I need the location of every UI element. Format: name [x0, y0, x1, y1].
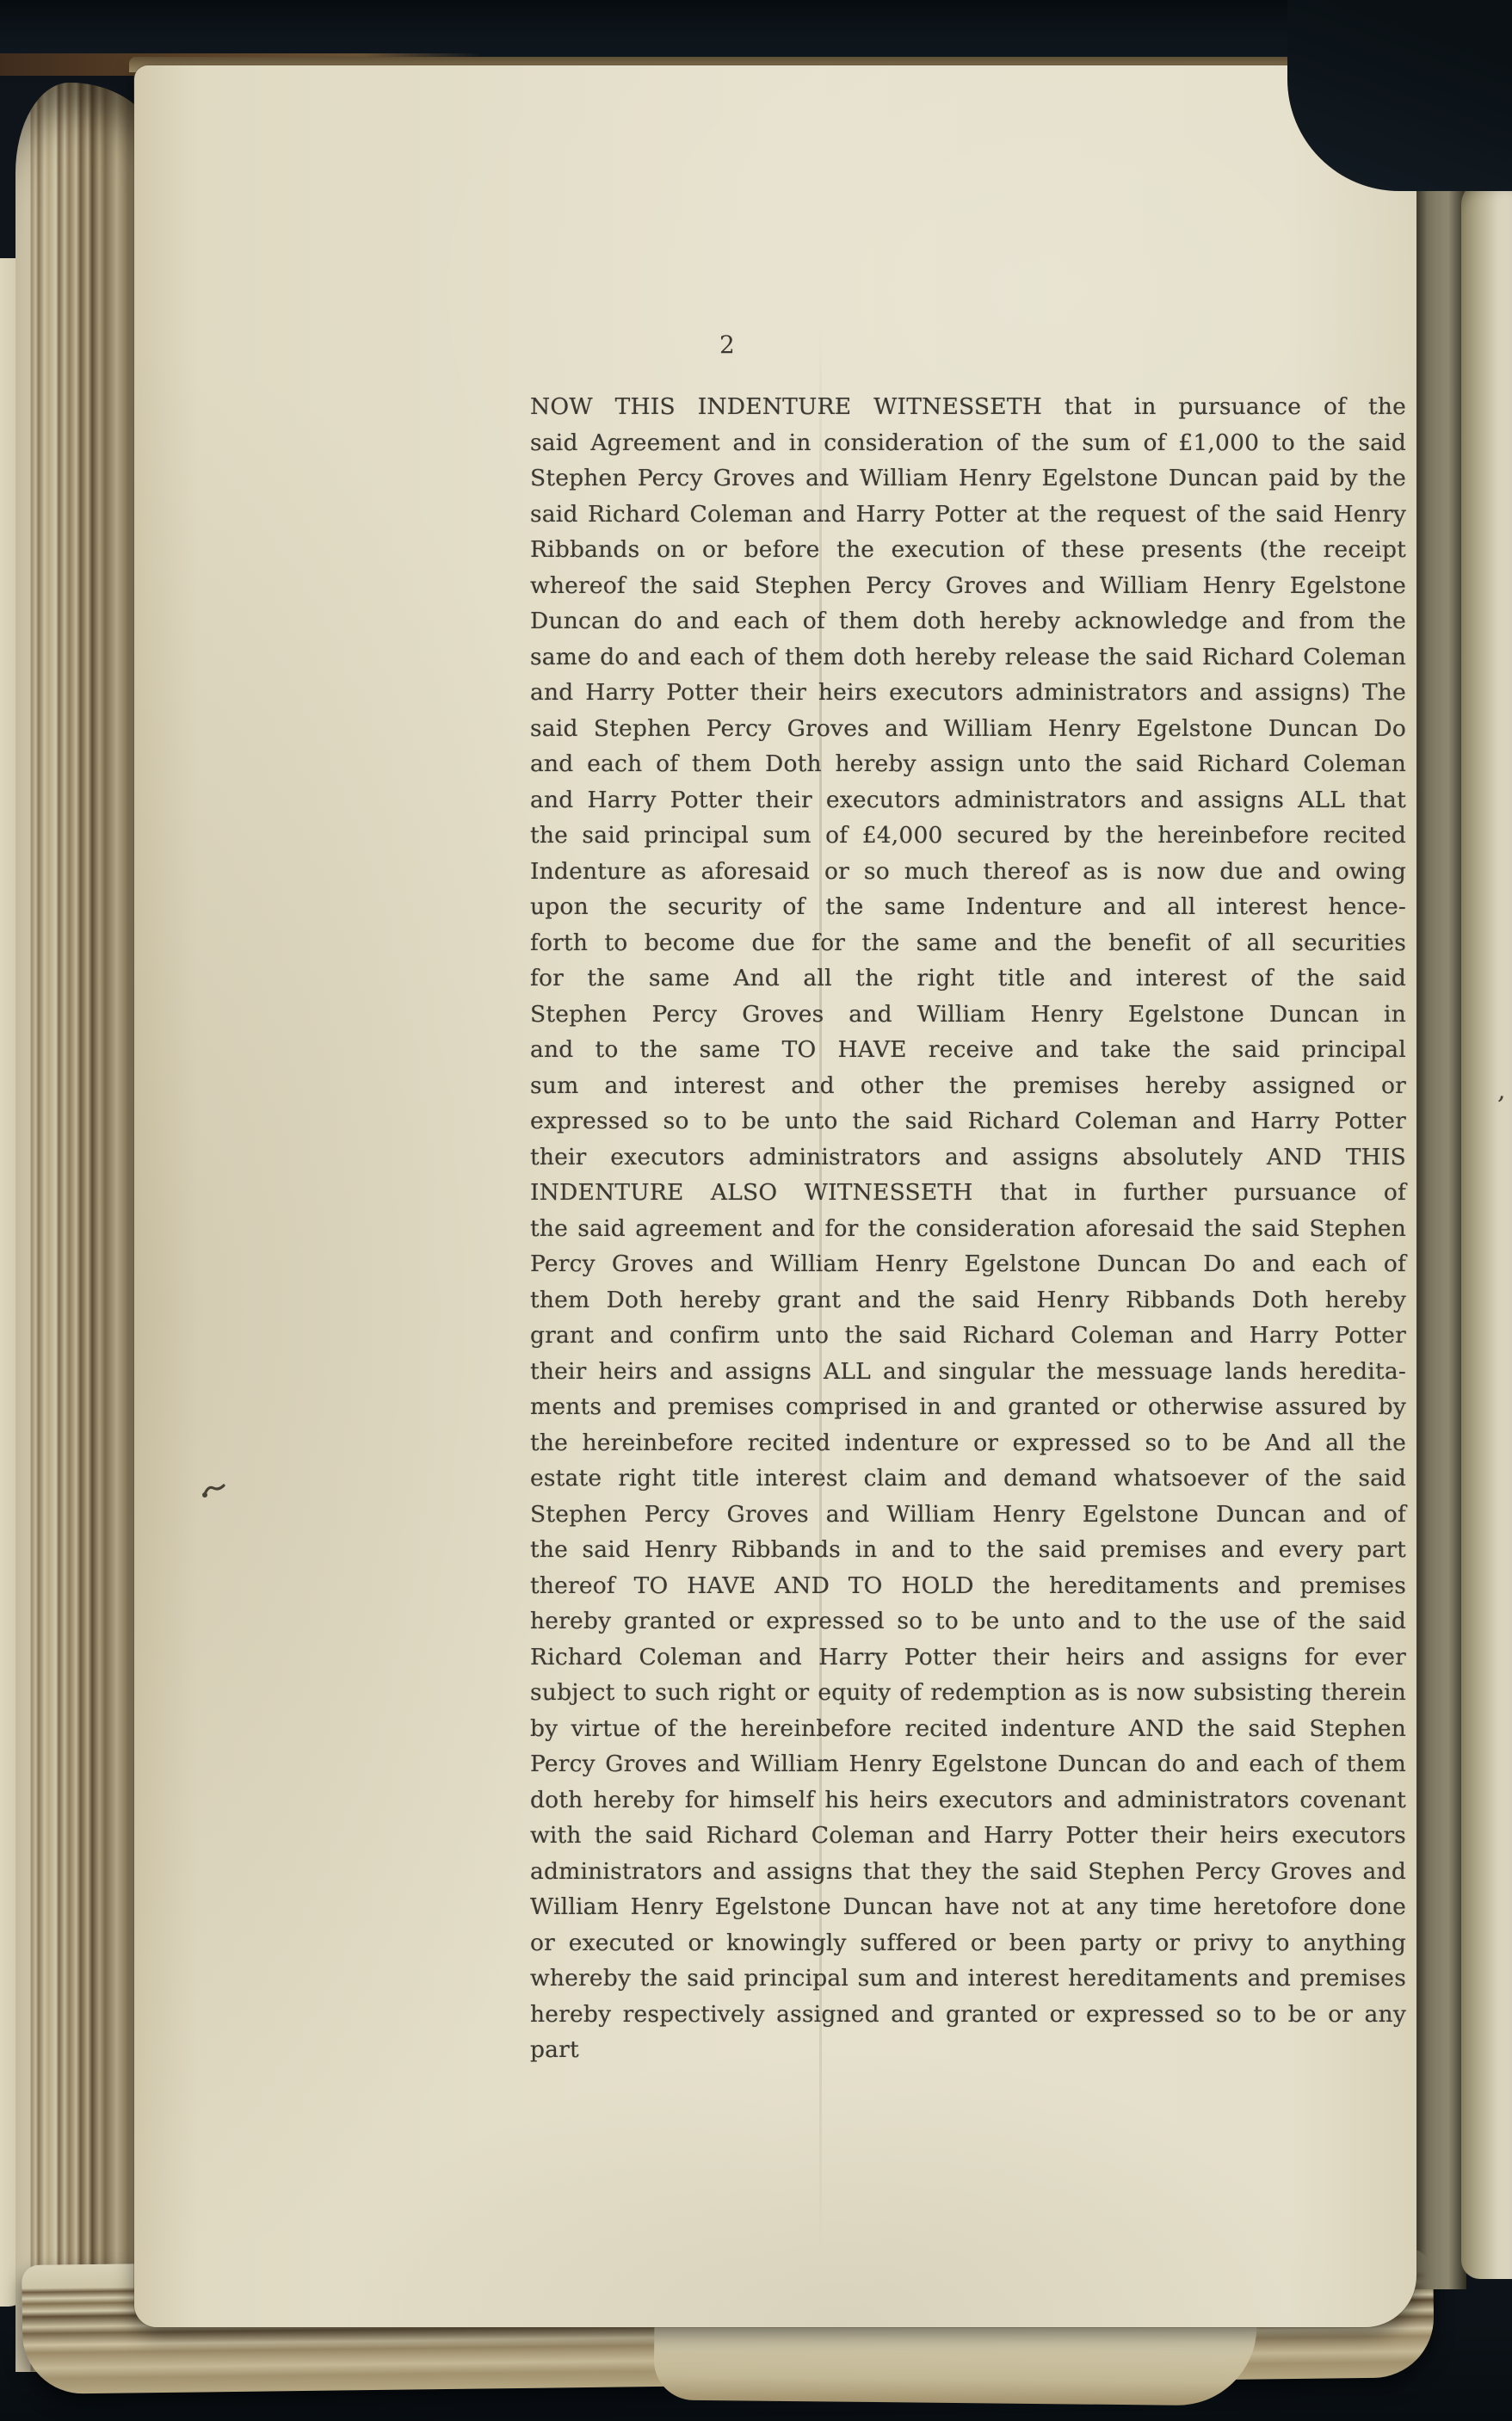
text-line: upon the security of the same Indenture …: [530, 889, 1406, 925]
text-line: the said principal sum of £4,000 secured…: [530, 818, 1406, 854]
text-line: Stephen Percy Groves and William Henry E…: [530, 1497, 1406, 1533]
text-line: Stephen Percy Groves and William Henry E…: [530, 997, 1406, 1033]
text-line: hereby granted or expressed so to be unt…: [530, 1603, 1406, 1640]
text-line: Stephen Percy Groves and William Henry E…: [530, 460, 1406, 497]
text-line: administrators and assigns that they the…: [530, 1854, 1406, 1890]
text-line: and Harry Potter their heirs executors a…: [530, 675, 1406, 711]
text-line: same do and each of them doth hereby rel…: [530, 639, 1406, 676]
text-line: ments and premises comprised in and gran…: [530, 1389, 1406, 1425]
text-line: doth hereby for himself his heirs execut…: [530, 1782, 1406, 1819]
text-line: whereof the said Stephen Percy Groves an…: [530, 568, 1406, 604]
text-line: and Harry Potter their executors adminis…: [530, 782, 1406, 818]
book-scan-photo: 2 NOW THIS INDENTURE WITNESSETH that in …: [0, 0, 1512, 2421]
text-line: subject to such right or equity of redem…: [530, 1675, 1406, 1711]
text-line: INDENTURE ALSO WITNESSETH that in furthe…: [530, 1175, 1406, 1211]
text-line: grant and confirm unto the said Richard …: [530, 1318, 1406, 1354]
text-line: their heirs and assigns ALL and singular…: [530, 1354, 1406, 1390]
text-line: whereby the said principal sum and inter…: [530, 1961, 1406, 1997]
ink-squiggle-mark: [200, 1477, 234, 1503]
text-line: the said Henry Ribbands in and to the sa…: [530, 1532, 1406, 1568]
text-line: Percy Groves and William Henry Egelstone…: [530, 1746, 1406, 1782]
text-line: thereof TO HAVE AND TO HOLD the heredita…: [530, 1568, 1406, 1604]
text-line: for the same And all the right title and…: [530, 960, 1406, 997]
document-text: NOW THIS INDENTURE WITNESSETH that in pu…: [530, 389, 1406, 2032]
text-line: and each of them Doth hereby assign unto…: [530, 746, 1406, 782]
text-line: with the said Richard Coleman and Harry …: [530, 1818, 1406, 1854]
text-line: Duncan do and each of them doth hereby a…: [530, 603, 1406, 639]
text-line: hereby respectively assigned and granted…: [530, 1997, 1406, 2033]
text-line: Percy Groves and William Henry Egelstone…: [530, 1246, 1406, 1282]
text-line: William Henry Egelstone Duncan have not …: [530, 1889, 1406, 1925]
text-line: Richard Coleman and Harry Potter their h…: [530, 1640, 1406, 1676]
text-line: forth to become due for the same and the…: [530, 925, 1406, 961]
text-line: the said agreement and for the considera…: [530, 1211, 1406, 1247]
page-number: 2: [719, 330, 736, 359]
text-line: expressed so to be unto the said Richard…: [530, 1103, 1406, 1139]
opposite-page-sliver: [1461, 179, 1512, 2279]
text-line: sum and interest and other the premises …: [530, 1068, 1406, 1104]
bottom-page-tongue: [654, 2320, 1257, 2406]
text-line: the hereinbefore recited indenture or ex…: [530, 1425, 1406, 1461]
text-line: or executed or knowingly suffered or bee…: [530, 1925, 1406, 1961]
text-line: estate right title interest claim and de…: [530, 1461, 1406, 1497]
text-line: by virtue of the hereinbefore recited in…: [530, 1711, 1406, 1747]
text-line: said Richard Coleman and Harry Potter at…: [530, 497, 1406, 533]
text-line: them Doth hereby grant and the said Henr…: [530, 1282, 1406, 1319]
text-line: and to the same TO HAVE receive and take…: [530, 1032, 1406, 1068]
text-line: Indenture as aforesaid or so much thereo…: [530, 854, 1406, 890]
text-line: their executors administrators and assig…: [530, 1139, 1406, 1176]
text-line: said Agreement and in consideration of t…: [530, 425, 1406, 461]
text-line: Ribbands on or before the execution of t…: [530, 532, 1406, 568]
text-line: said Stephen Percy Groves and William He…: [530, 711, 1406, 747]
text-line: NOW THIS INDENTURE WITNESSETH that in pu…: [530, 389, 1406, 425]
